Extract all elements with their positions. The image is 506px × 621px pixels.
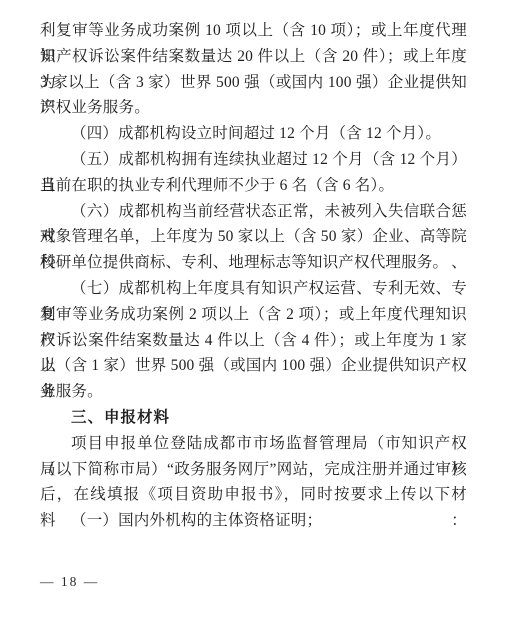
body-line: 当前在职的执业专利代理师不少于 6 名（含 6 名）。: [40, 173, 467, 199]
text-block: 利复审等业务成功案例 10 项以上（含 10 项）；或上年度代理知 识产权诉讼案…: [40, 18, 467, 534]
body-line: 务服务。: [40, 379, 467, 405]
page-number: — 18 —: [40, 572, 99, 592]
document-page: 利复审等业务成功案例 10 项以上（含 10 项）；或上年度代理知 识产权诉讼案…: [0, 0, 506, 621]
body-line: 利复审等业务成功案例 10 项以上（含 10 项）；或上年度代理知: [40, 18, 467, 44]
body-line-item-5: （五）成都机构拥有连续执业超过 12 个月（含 12 个月）且: [40, 147, 467, 173]
body-line: 科研单位提供商标、专利、地理标志等知识产权代理服务。: [40, 250, 467, 276]
body-line: 对象管理名单，上年度为 50 家以上（含 50 家）企业、高等院校、: [40, 224, 467, 250]
body-line: （以下简称市局）“政务服务网厅”网站，完成注册并通过审核: [40, 457, 467, 483]
body-line-item-6: （六）成都机构当前经营状态正常，未被列入失信联合惩戒: [40, 199, 467, 225]
body-line: 项目申报单位登陆成都市市场监督管理局（市知识产权局）: [40, 431, 467, 457]
body-line: 上（含 1 家）世界 500 强（或国内 100 强）企业提供知识产权业: [40, 353, 467, 379]
body-line: 权诉讼案件结案数量达 4 件以上（含 4 件）；或上年度为 1 家以: [40, 328, 467, 354]
body-line-item-4: （四）成都机构设立时间超过 12 个月（含 12 个月）。: [40, 121, 467, 147]
body-line: 3 家以上（含 3 家）世界 500 强（或国内 100 强）企业提供知识: [40, 70, 467, 96]
body-line: 产权业务服务。: [40, 95, 467, 121]
section-heading: 三、申报材料: [40, 405, 467, 431]
body-line: 后，在线填报《项目资助申报书》，同时按要求上传以下材料：: [40, 482, 467, 508]
body-line: 识产权诉讼案件结案数量达 20 件以上（含 20 件）；或上年度为: [40, 44, 467, 70]
body-line: 复审等业务成功案例 2 项以上（含 2 项）；或上年度代理知识产: [40, 302, 467, 328]
body-line-item-7: （七）成都机构上年度具有知识产权运营、专利无效、专利: [40, 276, 467, 302]
